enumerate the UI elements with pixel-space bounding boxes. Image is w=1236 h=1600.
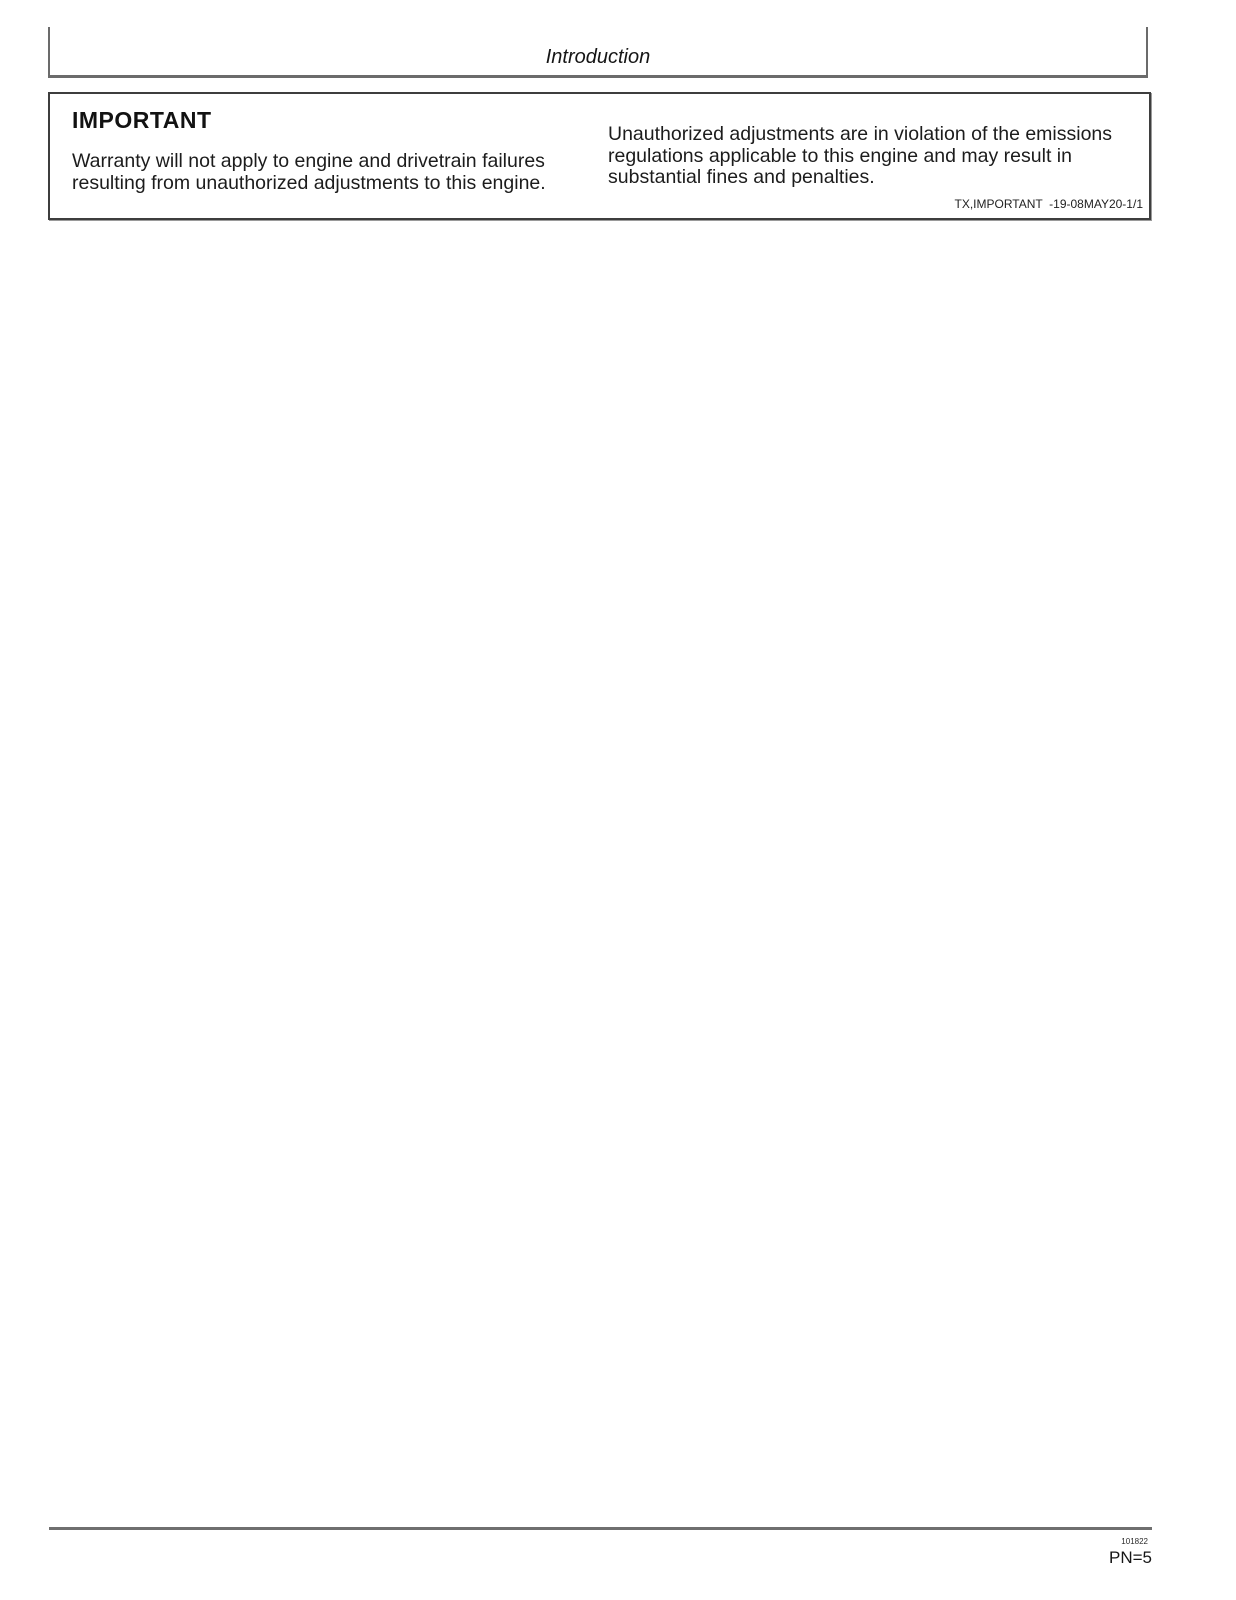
section-header-box: Introduction bbox=[48, 27, 1148, 78]
manual-page: Introduction IMPORTANT Warranty will not… bbox=[0, 0, 1236, 1600]
footer-page-number: PN=5 bbox=[1109, 1548, 1152, 1567]
important-heading: IMPORTANT bbox=[72, 107, 212, 133]
section-title: Introduction bbox=[546, 45, 651, 75]
important-right-column-text: Unauthorized adjustments are in violatio… bbox=[608, 124, 1143, 189]
important-left-column-text: Warranty will not apply to engine and dr… bbox=[72, 151, 587, 194]
footer-divider bbox=[49, 1527, 1152, 1530]
important-notice-box: IMPORTANT Warranty will not apply to eng… bbox=[48, 92, 1151, 220]
footer-document-number: 101822 bbox=[1121, 1537, 1148, 1546]
reference-code: TX,IMPORTANT -19-08MAY20-1/1 bbox=[954, 197, 1143, 211]
